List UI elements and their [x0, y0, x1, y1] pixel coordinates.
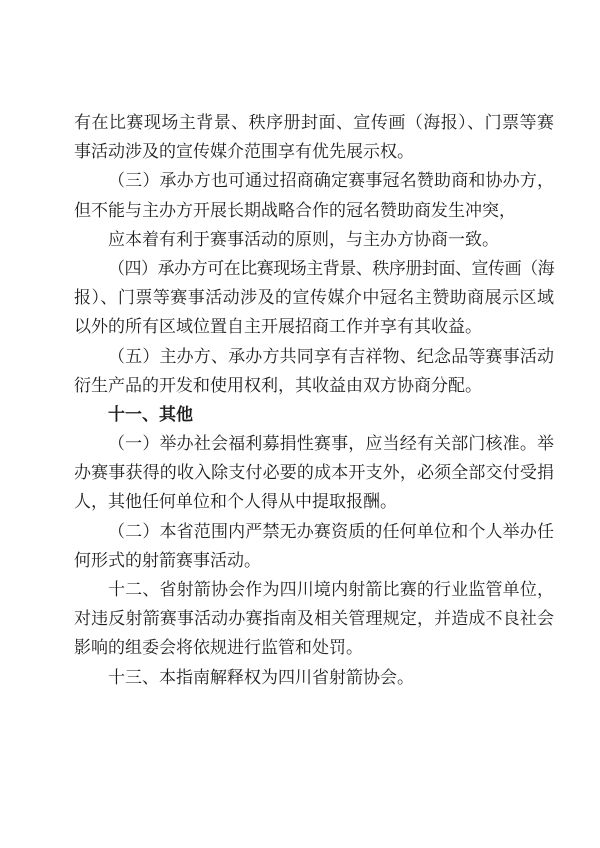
text-line: 报）、门票等赛事活动涉及的宣传媒介中冠名主赞助商展示区域 [74, 283, 554, 312]
text-line: （二）本省范围内严禁无办赛资质的任何单位和个人举办任 [74, 517, 554, 546]
text-line: （一）举办社会福利募捐性赛事，应当经有关部门核准。举 [74, 429, 554, 458]
text-line: 十三、本指南解释权为四川省射箭协会。 [74, 663, 554, 692]
text-line: （三）承办方也可通过招商确定赛事冠名赞助商和协办方， [74, 166, 554, 195]
text-line: 人，其他任何单位和个人得从中提取报酬。 [74, 487, 554, 516]
text-line: 影响的组委会将依规进行监管和处罚。 [74, 633, 554, 662]
section-heading: 十一、其他 [74, 400, 554, 429]
text-line: （四）承办方可在比赛现场主背景、秩序册封面、宣传画（海 [74, 254, 554, 283]
text-line: 事活动涉及的宣传媒介范围享有优先展示权。 [74, 137, 554, 166]
text-line: 有在比赛现场主背景、秩序册封面、宣传画（海报）、门票等赛 [74, 108, 554, 137]
text-line: （五）主办方、承办方共同享有吉祥物、纪念品等赛事活动 [74, 342, 554, 371]
text-line: 衍生产品的开发和使用权利，其收益由双方协商分配。 [74, 371, 554, 400]
text-line: 以外的所有区域位置自主开展招商工作并享有其收益。 [74, 312, 554, 341]
text-line: 但不能与主办方开展长期战略合作的冠名赞助商发生冲突， [74, 196, 554, 225]
text-block: 有在比赛现场主背景、秩序册封面、宣传画（海报）、门票等赛事活动涉及的宣传媒介范围… [74, 108, 554, 692]
text-line: 何形式的射箭赛事活动。 [74, 546, 554, 575]
text-line: 办赛事获得的收入除支付必要的成本开支外，必须全部交付受捐 [74, 458, 554, 487]
text-line: 应本着有利于赛事活动的原则，与主办方协商一致。 [74, 225, 554, 254]
text-line: 十二、省射箭协会作为四川境内射箭比赛的行业监管单位， [74, 575, 554, 604]
document-page: 有在比赛现场主背景、秩序册封面、宣传画（海报）、门票等赛事活动涉及的宣传媒介范围… [0, 0, 600, 848]
text-line: 对违反射箭赛事活动办赛指南及相关管理规定，并造成不良社会 [74, 604, 554, 633]
